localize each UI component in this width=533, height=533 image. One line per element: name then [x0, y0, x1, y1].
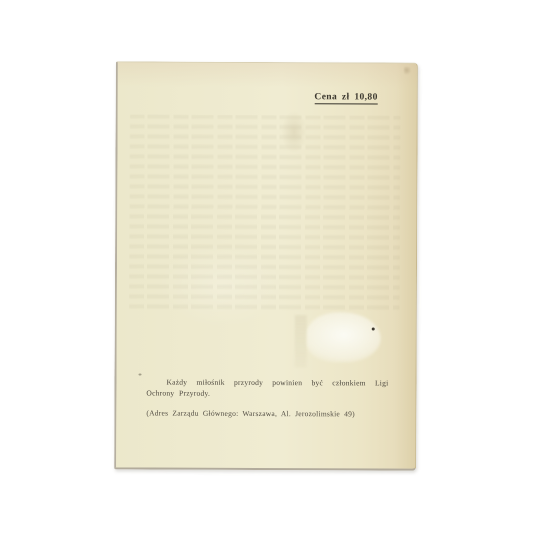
scanned-photo: Cena zł 10,80 Każdy miłośnik przyrody po… [0, 0, 533, 533]
paper-stain-streak [295, 315, 307, 367]
ink-speck [372, 327, 375, 330]
corner-fold-blemish [404, 67, 411, 76]
small-speck [139, 373, 142, 375]
imprint-block: Każdy miłośnik przyrody powinien być czł… [146, 377, 388, 420]
address-note: (Adres Zarządu Głównego: Warszawa, Al. J… [146, 408, 388, 420]
price-label: Cena zł 10,80 [314, 92, 377, 104]
book-back-cover-page: Cena zł 10,80 Każdy miłośnik przyrody po… [114, 61, 418, 470]
reverse-text-showthrough [129, 114, 401, 315]
paper-stain [307, 312, 381, 362]
membership-note: Każdy miłośnik przyrody powinien być czł… [146, 377, 388, 399]
